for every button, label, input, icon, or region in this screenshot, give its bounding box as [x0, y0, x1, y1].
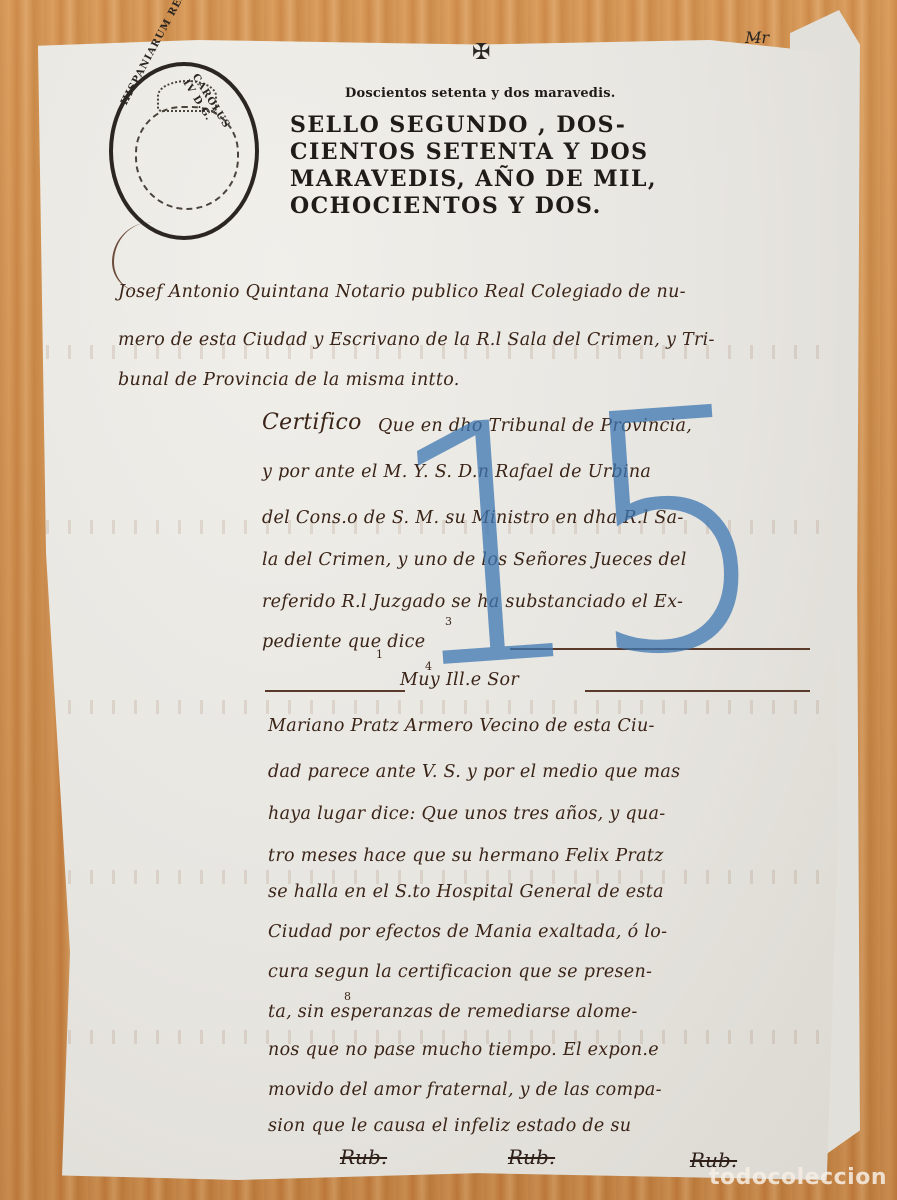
petition-line: sion que le causa el infeliz estado de s…: [268, 1116, 631, 1136]
petition-line: se halla en el S.to Hospital General de …: [268, 882, 664, 902]
stamp-title: SELLO SEGUNDO , DOS- CIENTOS SETENTA Y D…: [290, 112, 710, 220]
rubric-mark: Rub.: [508, 1145, 555, 1169]
petition-line: Ciudad por efectos de Mania exaltada, ó …: [268, 922, 667, 942]
intro-line: Josef Antonio Quintana Notario publico R…: [118, 282, 686, 302]
petition-line: tro meses hace que su hermano Felix Prat…: [268, 846, 664, 866]
rubric-mark: Rub.: [340, 1145, 387, 1169]
royal-seal-icon: HISPANIARUM REX CAROLUS IV D.G.: [109, 62, 259, 240]
blue-pencil-number: 15: [380, 367, 779, 713]
petition-line: haya lugar dice: Que unos tres años, y q…: [268, 804, 665, 824]
cross-icon: ✠: [472, 40, 490, 65]
petition-line: dad parece ante V. S. y por el medio que…: [268, 762, 680, 782]
marginal-number: 1: [376, 648, 383, 661]
marginal-number: 8: [344, 990, 351, 1003]
stamp-line: CIENTOS SETENTA Y DOS: [290, 139, 710, 166]
top-corner-mark: M̶r: [745, 28, 769, 47]
watermark: todocoleccion: [709, 1165, 887, 1190]
petition-line: cura segun la certificacion que se prese…: [268, 962, 652, 982]
petition-line: nos que no pase mucho tiempo. El expon.e: [268, 1040, 659, 1060]
petition-line: ta, sin esperanzas de remediarse alome-: [268, 1002, 638, 1022]
denomination-text: Doscientos setenta y dos maravedis.: [345, 86, 615, 101]
petition-line: movido del amor fraternal, y de las comp…: [268, 1080, 662, 1100]
stamp-line: MARAVEDIS, AÑO DE MIL,: [290, 166, 710, 193]
line-filler: [265, 690, 405, 692]
stamp-line: SELLO SEGUNDO , DOS-: [290, 112, 710, 139]
certifico-heading: Certifico: [262, 410, 362, 435]
stamp-line: OCHOCIENTOS Y DOS.: [290, 193, 710, 220]
